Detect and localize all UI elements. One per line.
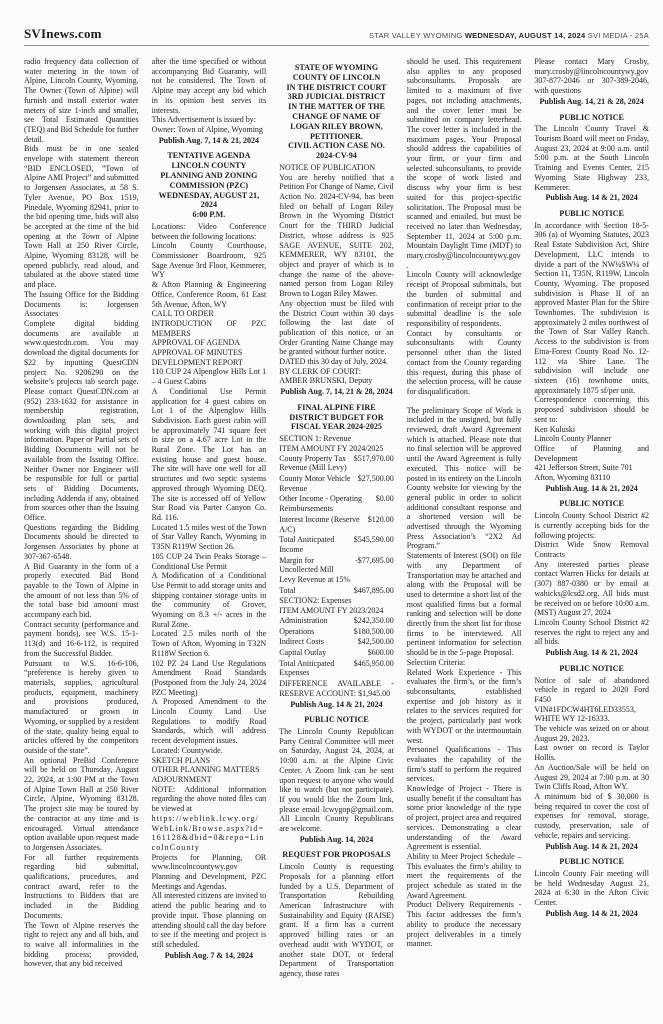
notice-heading: REQUEST FOR PROPOSALS xyxy=(279,850,394,860)
dateline: STAR VALLEY WYOMING WEDNESDAY, AUGUST 14… xyxy=(369,31,649,40)
notice-paragraph: 421 Jefferson Street, Suite 701 xyxy=(534,463,649,473)
publish-line: Publish Aug. 14 & 21, 2024 xyxy=(534,193,649,203)
notice-paragraph: Please contact Mary Crosby, mary.crosby@… xyxy=(534,57,649,96)
notice-paragraph: SKETCH PLANS xyxy=(152,756,267,766)
budget-row: Interest Income (Reserve A/C)$120.00 xyxy=(279,515,394,534)
notice-paragraph: 105 CUP 24 Twin Peaks Storage – Conditio… xyxy=(152,552,267,571)
notice-paragraph: Personnel Qualifications - This evaluate… xyxy=(407,745,522,784)
column-2: after the time specified or without acco… xyxy=(152,57,267,979)
budget-item-amount: $120.00 xyxy=(364,515,394,534)
notice-paragraph: Locations: Video Conference between the … xyxy=(152,222,267,241)
publish-line: Publish Aug. 7 & 14, 2024 xyxy=(152,951,267,961)
notice-paragraph: The Lincoln County Travel & Tourism Boar… xyxy=(534,124,649,192)
notice-paragraph: Correspondence concerning this proposed … xyxy=(534,395,649,424)
notice-paragraph: A Conditional Use Permit application for… xyxy=(152,387,267,523)
column-5: Please contact Mary Crosby, mary.crosby@… xyxy=(534,57,649,979)
budget-item-label: Capital Outlay xyxy=(279,648,326,658)
notice-heading: PUBLIC NOTICE xyxy=(534,857,649,867)
notice-heading: PUBLIC NOTICE xyxy=(279,715,394,725)
notice-paragraph: INTRODUCTION OF PZC MEMBERS xyxy=(152,319,267,338)
budget-item-amount: $242,350.00 xyxy=(350,616,394,626)
notice-paragraph: Located 2.5 miles north of the Town of A… xyxy=(152,629,267,658)
notice-paragraph: SECTION2: Expenses xyxy=(279,596,394,606)
notice-paragraph: Ability to Meet Project Schedule – This … xyxy=(407,852,522,901)
notice-paragraph: Bids must be in one sealed envelope with… xyxy=(24,144,139,290)
column-4: should be used. This requirement also ap… xyxy=(407,57,522,979)
budget-row: Capital Outlay$600.00 xyxy=(279,648,394,658)
notice-paragraph: For all further requirements regarding b… xyxy=(24,853,139,921)
budget-row: County Motor Vehicle Revenue$27,500.00 xyxy=(279,474,394,493)
notice-paragraph: A minimum bid of $ 30,000 is being requi… xyxy=(534,792,649,841)
notice-url: https://weblink.lcwy.org/WebLink/Browse.… xyxy=(152,814,267,853)
publish-line: Publish Aug. 7, 14, 21 & 28, 2024 xyxy=(279,387,394,397)
notice-paragraph: Statements of Interest (SOI) on file wit… xyxy=(407,551,522,658)
newspaper-page: SVInews.com STAR VALLEY WYOMING WEDNESDA… xyxy=(0,0,663,1024)
column-3: STATE OF WYOMING COUNTY OF LINCOLN IN TH… xyxy=(279,57,394,979)
notice-paragraph: Any objection must be filed with the Dis… xyxy=(279,299,394,357)
notice-paragraph: The Lincoln County Republican Party Cent… xyxy=(279,727,394,834)
budget-item-amount: $180,500.00 xyxy=(350,627,394,637)
notice-paragraph: APPROVAL OF AGENDA xyxy=(152,338,267,348)
notice-paragraph: Lincoln County School District #2 reserv… xyxy=(534,618,649,647)
publish-line: Publish Aug. 14, 21 & 28, 2024 xyxy=(534,97,649,107)
publish-line: Publish Aug. 14 & 21, 2024 xyxy=(279,700,394,710)
notice-paragraph: Ken Kuluski xyxy=(534,425,649,435)
notice-paragraph: Notice of sale of abandoned vehicle in r… xyxy=(534,676,649,725)
budget-row: Operations$180,500.00 xyxy=(279,627,394,637)
notice-paragraph: The Issuing Office for the Bidding Docum… xyxy=(24,290,139,319)
notice-paragraph: should be used. This requirement also ap… xyxy=(407,57,522,270)
notice-paragraph: ITEM AMOUNT FY 2024/2025 xyxy=(279,444,394,454)
notice-paragraph: AMBER BRUNSKI, Deputy xyxy=(279,376,394,386)
notice-paragraph: DEVELOPMENT REPORT xyxy=(152,358,267,368)
notice-paragraph: District Wide Snow Removal Contracts xyxy=(534,540,649,559)
notice-paragraph: SECTION 1: Revenue xyxy=(279,434,394,444)
notice-paragraph: OTHER PLANNING MATTERS xyxy=(152,765,267,775)
notice-paragraph: You are hereby notified that a Petition … xyxy=(279,173,394,299)
notice-paragraph: DIFFERENCE AVAILABLE - RESERVE ACCOUNT: … xyxy=(279,679,394,698)
budget-item-amount: $545,590.00 xyxy=(350,535,394,554)
notice-paragraph: Projects for Planning, OR www.lincolncou… xyxy=(152,853,267,892)
notice-paragraph: Any interested parties please contact Wa… xyxy=(534,560,649,618)
budget-item-label: Other Income - Operating Reimbursements xyxy=(279,494,372,513)
notice-paragraph: Contact by consultants or subconsultants… xyxy=(407,329,522,397)
budget-item-label: Margin for Uncollected Mill Levy Revenue… xyxy=(279,556,351,585)
notice-paragraph: This Advertisement is issued by: xyxy=(152,115,267,125)
budget-item-amount: -$77,695.00 xyxy=(351,556,394,585)
masthead: SVInews.com STAR VALLEY WYOMING WEDNESDA… xyxy=(24,26,649,46)
budget-row: Indirect Costs$42,500.00 xyxy=(279,637,394,647)
column-spacer xyxy=(407,397,522,406)
notice-paragraph: Lincoln County is requesting Proposals f… xyxy=(279,862,394,978)
notice-paragraph: All interested citizens are invited to a… xyxy=(152,891,267,949)
notice-paragraph: Knowledge of Project - There is usually … xyxy=(407,784,522,852)
budget-item-amount: $42,500.00 xyxy=(354,637,394,647)
notice-paragraph: ITEM AMOUNT FY 2023/2024 xyxy=(279,606,394,616)
notice-paragraph: A Proposed Amendment to the Lincoln Coun… xyxy=(152,697,267,746)
budget-row: County Property Tax Revenue (Mill Levy)$… xyxy=(279,454,394,473)
notice-paragraph: Afton, Wyoming 83110 xyxy=(534,473,649,483)
notice-heading: PUBLIC NOTICE xyxy=(534,499,649,509)
notice-heading: STATE OF WYOMING COUNTY OF LINCOLN IN TH… xyxy=(279,63,394,161)
notice-paragraph: Contract security (performance and payme… xyxy=(24,620,139,659)
notice-paragraph: NOTICE OF PUBLICATION xyxy=(279,163,394,173)
notice-paragraph: NOTE: Additional information regarding t… xyxy=(152,785,267,814)
notice-paragraph: Related Work Experience - This evaluates… xyxy=(407,668,522,746)
notice-paragraph: Owner: Town of Alpine, Wyoming xyxy=(152,125,267,135)
notice-paragraph: Lincoln County Planner xyxy=(534,434,649,444)
notice-heading: PUBLIC NOTICE xyxy=(534,664,649,674)
notice-paragraph: Selection Criteria: xyxy=(407,658,522,668)
budget-item-amount: $600.00 xyxy=(364,648,394,658)
notice-paragraph: Last owner on record is Taylor Hollis. xyxy=(534,743,649,762)
notice-paragraph: CALL TO ORDER xyxy=(152,309,267,319)
notice-paragraph: Lincoln County will acknowledge receipt … xyxy=(407,270,522,328)
publish-line: Publish Aug. 14 & 21, 2024 xyxy=(534,484,649,494)
notice-paragraph: Located: Countywide. xyxy=(152,746,267,756)
budget-item-label: Indirect Costs xyxy=(279,637,324,647)
site-brand: SVInews.com xyxy=(24,26,102,42)
budget-row: Administration$242,350.00 xyxy=(279,616,394,626)
notice-paragraph: An optional PreBid Conference will be he… xyxy=(24,756,139,853)
budget-row: Total Aniticpated Income$545,590.00 xyxy=(279,535,394,554)
budget-item-label: Total xyxy=(279,586,295,596)
notice-paragraph: Product Delivery Requirements - This fac… xyxy=(407,900,522,949)
notice-paragraph: radio frequency data collection of water… xyxy=(24,57,139,144)
budget-row: Margin for Uncollected Mill Levy Revenue… xyxy=(279,556,394,585)
notice-paragraph: Complete digital bidding documents are a… xyxy=(24,319,139,523)
budget-row: Other Income - Operating Reimbursements$… xyxy=(279,494,394,513)
notice-paragraph: The vehicle was seized on or about Augus… xyxy=(534,724,649,743)
notice-paragraph: BY CLERK OF COURT: xyxy=(279,367,394,377)
notice-paragraph: ADJOURNMENT xyxy=(152,775,267,785)
notice-paragraph: Office of Planning and Development xyxy=(534,444,649,463)
notice-paragraph: Lincoln County School District #2 is cur… xyxy=(534,511,649,540)
budget-item-amount: $0.00 xyxy=(372,494,394,513)
budget-item-label: County Motor Vehicle Revenue xyxy=(279,474,354,493)
notice-paragraph: 102 PZ 24 Land Use Regulations Amendment… xyxy=(152,659,267,698)
notice-paragraph: Lincoln County Courthouse, Commissioner … xyxy=(152,241,267,280)
budget-item-amount: $27,500.00 xyxy=(354,474,394,493)
notice-paragraph: 110 CUP 24 Alpenglow Hills Lot 1 – 4 Gue… xyxy=(152,367,267,386)
notice-paragraph: A Modification of a Conditional Use Perm… xyxy=(152,571,267,629)
notice-heading: PUBLIC NOTICE xyxy=(534,209,649,219)
notice-heading: FINAL ALPINE FIRE DISTRICT BUDGET FOR FI… xyxy=(279,403,394,432)
notice-paragraph: An Auction/Sale will be held on August 2… xyxy=(534,763,649,792)
dateline-date: WEDNESDAY, AUGUST 14, 2024 xyxy=(465,31,586,40)
notice-paragraph: The Town of Alpine reserves the right to… xyxy=(24,921,139,970)
budget-item-label: Total Aniticpated Expenses xyxy=(279,659,350,678)
notice-paragraph: DATED this 30 day of July, 2024. xyxy=(279,357,394,367)
dateline-location: STAR VALLEY WYOMING xyxy=(369,31,465,40)
budget-item-label: Operations xyxy=(279,627,314,637)
columns: radio frequency data collection of water… xyxy=(24,57,649,979)
notice-paragraph: A Bid Guaranty in the form of a properly… xyxy=(24,562,139,620)
notice-paragraph: Pursuant to W.S. 16-6-106, “preference i… xyxy=(24,659,139,756)
dateline-edition: SVI MEDIA - 25A xyxy=(585,31,649,40)
publish-line: Publish Aug. 14, 2024 xyxy=(279,835,394,845)
notice-heading: PUBLIC NOTICE xyxy=(534,113,649,123)
budget-row: Total$467,895.00 xyxy=(279,586,394,596)
publish-line: Publish Aug. 7, 14 & 21, 2024 xyxy=(152,136,267,146)
publish-line: Publish Aug. 14 & 21, 2024 xyxy=(534,909,649,919)
publish-line: Publish Aug. 14 & 21, 2024 xyxy=(534,648,649,658)
notice-paragraph: In accordance with Section 18-5-306 (a) … xyxy=(534,221,649,396)
budget-item-amount: $467,895.00 xyxy=(350,586,394,596)
budget-item-label: Administration xyxy=(279,616,327,626)
notice-paragraph: after the time specified or without acco… xyxy=(152,57,267,115)
budget-item-label: Total Aniticpated Income xyxy=(279,535,350,554)
notice-paragraph: The preliminary Scope of Work is include… xyxy=(407,406,522,552)
notice-paragraph: APPROVAL OF MINUTES xyxy=(152,348,267,358)
notice-paragraph: Lincoln County Fair meeting will be held… xyxy=(534,869,649,908)
column-1: radio frequency data collection of water… xyxy=(24,57,139,979)
budget-item-label: Interest Income (Reserve A/C) xyxy=(279,515,364,534)
publish-line: Publish Aug. 14 & 21, 2024 xyxy=(534,842,649,852)
budget-item-amount: $517,970.00 xyxy=(350,454,394,473)
budget-row: Total Aniticpated Expenses$465,950.00 xyxy=(279,659,394,678)
notice-heading: TENTATIVE AGENDA LINCOLN COUNTY PLANNING… xyxy=(152,151,267,220)
notice-paragraph: & Afton Planning & Engineering Office, C… xyxy=(152,280,267,309)
budget-item-amount: $465,950.00 xyxy=(350,659,394,678)
notice-paragraph: Located 1.5 miles west of the Town of St… xyxy=(152,523,267,552)
budget-item-label: County Property Tax Revenue (Mill Levy) xyxy=(279,454,350,473)
notice-paragraph: Questions regarding the Bidding Document… xyxy=(24,523,139,562)
